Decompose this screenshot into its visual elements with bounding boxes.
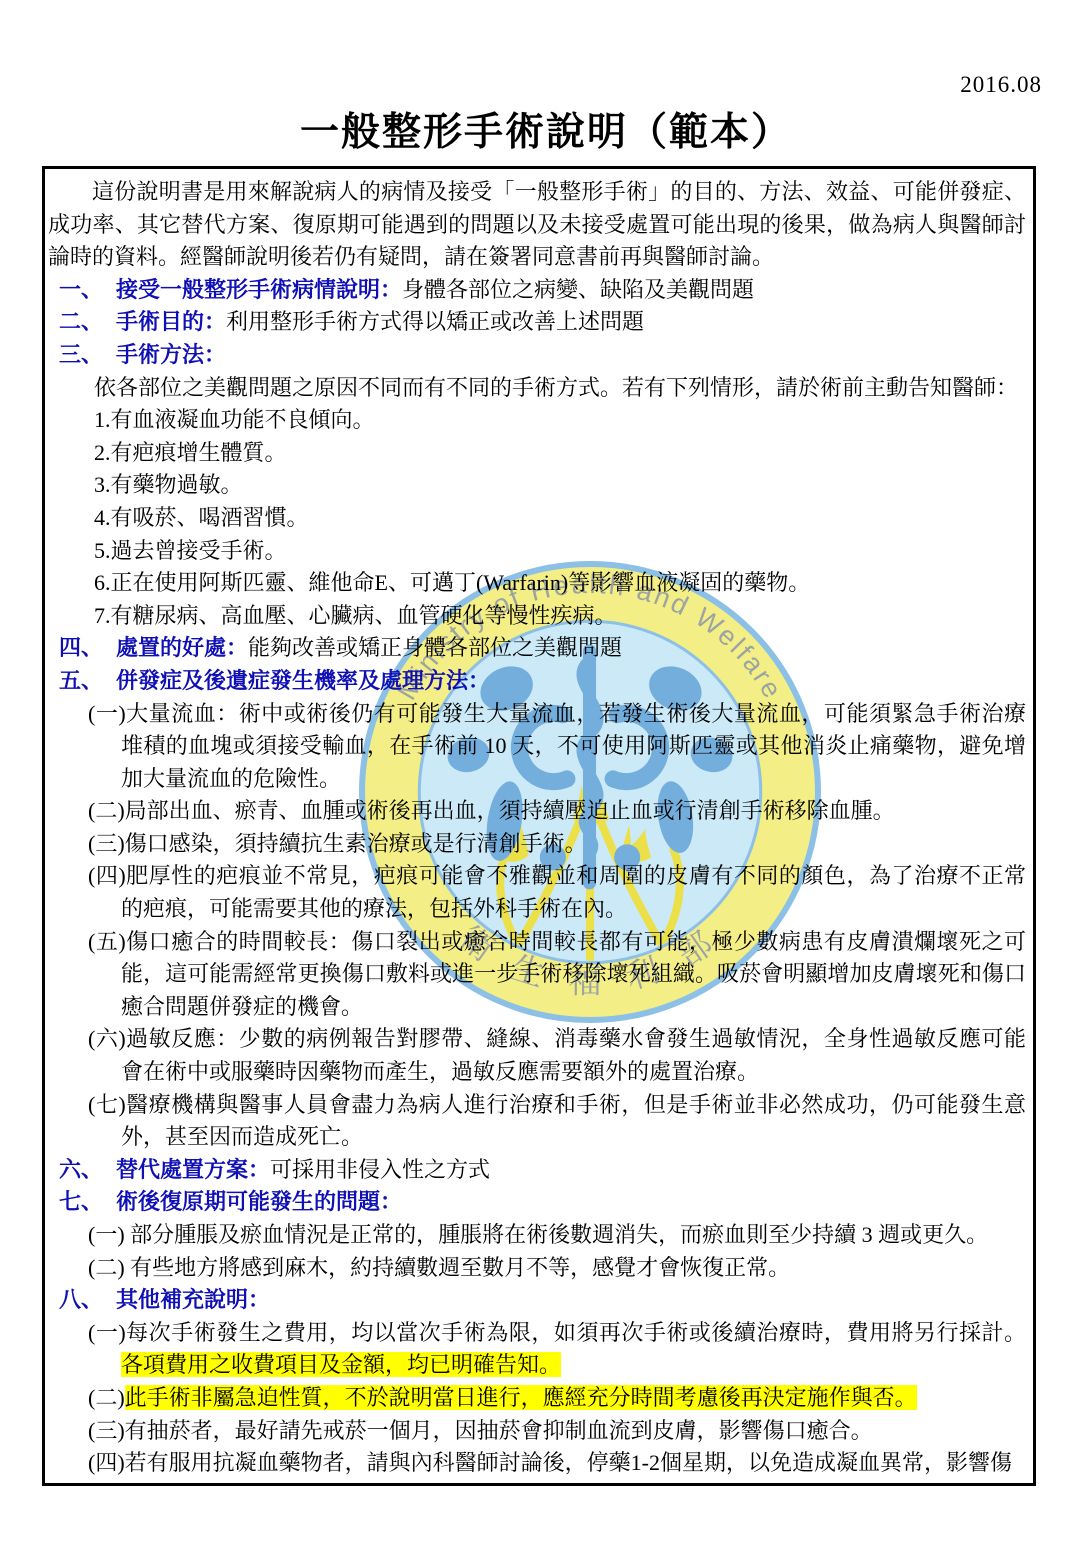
section-number: 六、 — [59, 1157, 103, 1182]
clause-text: (七)醫療機構與醫事人員會盡力為病人進行治療和手術，但是手術並非必然成功，仍可能… — [88, 1092, 1026, 1150]
section-text: 可採用非侵入性之方式 — [270, 1157, 490, 1182]
clause-item: (七)醫療機構與醫事人員會盡力為病人進行治療和手術，但是手術並非必然成功，仍可能… — [88, 1089, 1026, 1154]
content-border-box: 這份說明書是用來解說病人的病情及接受「一般整形手術」的目的、方法、效益、可能併發… — [42, 166, 1036, 1486]
clause-text: (四)若有服用抗凝血藥物者，請與內科醫師討論後，停藥1-2個星期，以免造成凝血異… — [88, 1450, 1012, 1475]
highlighted-text: 此手術非屬急迫性質，不於說明當日進行，應經充分時間考慮後再決定施作與否。 — [125, 1385, 917, 1410]
clause-item: (五)傷口癒合的時間較長：傷口裂出或癒合時間較長都有可能，極少數病患有皮膚潰爛壞… — [88, 926, 1026, 1024]
intro-paragraph: 這份說明書是用來解說病人的病情及接受「一般整形手術」的目的、方法、效益、可能併發… — [48, 176, 1026, 274]
clause-text: (五)傷口癒合的時間較長：傷口裂出或癒合時間較長都有可能，極少數病患有皮膚潰爛壞… — [88, 929, 1026, 1019]
clause-text: (二) 有些地方將感到麻木，約持續數週至數月不等，感覺才會恢復正常。 — [88, 1255, 790, 1280]
clause-text: (一)大量流血：術中或術後仍有可能發生大量流血，若發生術後大量流血，可能須緊急手… — [88, 701, 1026, 791]
highlighted-text: 各項費用之收費項目及金額，均已明確告知。 — [121, 1352, 561, 1377]
section-number: 八、 — [59, 1287, 103, 1312]
section-title: 併發症及後遺症發生機率及處理方法： — [116, 668, 490, 693]
list-item: 5.過去曾接受手術。 — [94, 535, 1026, 568]
revision-date: 2016.08 — [960, 72, 1042, 98]
list-item: 7.有糖尿病、高血壓、心臟病、血管硬化等慢性疾病。 — [94, 600, 1026, 633]
clause-text: (三)傷口感染，須持續抗生素治療或是行清創手術。 — [88, 831, 587, 856]
clause-item: (一)大量流血：術中或術後仍有可能發生大量流血，若發生術後大量流血，可能須緊急手… — [88, 698, 1026, 796]
section-number: 一、 — [59, 277, 103, 302]
section-heading: 三、手術方法： — [59, 339, 1026, 372]
clause-text: (六)過敏反應：少數的病例報告對膠帶、縫線、消毒藥水會發生過敏情況，全身性過敏反… — [88, 1026, 1026, 1084]
clause-item: (六)過敏反應：少數的病例報告對膠帶、縫線、消毒藥水會發生過敏情況，全身性過敏反… — [88, 1023, 1026, 1088]
clause-text: (一)每次手術發生之費用，均以當次手術為限，如須再次手術或後續治療時，費用將另行… — [88, 1320, 1026, 1345]
list-item: 3.有藥物過敏。 — [94, 469, 1026, 502]
section-number: 三、 — [59, 342, 103, 367]
section-title: 手術方法： — [116, 342, 226, 367]
clause-item: (一) 部分腫脹及瘀血情況是正常的，腫脹將在術後數週消失，而瘀血則至少持續 3 … — [88, 1219, 1026, 1252]
clause-text: (二)局部出血、瘀青、血腫或術後再出血，須持續壓迫止血或行清創手術移除血腫。 — [88, 798, 895, 823]
list-item: 6.正在使用阿斯匹靈、維他命E、可邁丁(Warfarin)等影響血液凝固的藥物。 — [94, 567, 1026, 600]
list-item: 依各部位之美觀問題之原因不同而有不同的手術方式。若有下列情形，請於術前主動告知醫… — [94, 372, 1026, 405]
clause-item: (四)肥厚性的疤痕並不常見，疤痕可能會不雅觀並和周圍的皮膚有不同的顏色，為了治療… — [88, 860, 1026, 925]
list-item: 1.有血液凝血功能不良傾向。 — [94, 404, 1026, 437]
clause-item: (一)每次手術發生之費用，均以當次手術為限，如須再次手術或後續治療時，費用將另行… — [88, 1317, 1026, 1382]
section-heading: 五、併發症及後遺症發生機率及處理方法： — [59, 665, 1026, 698]
section-text: 身體各部位之病變、缺陷及美觀問題 — [402, 277, 754, 302]
section-heading: 四、處置的好處：能夠改善或矯正身體各部位之美觀問題 — [59, 632, 1026, 665]
section-number: 二、 — [59, 309, 103, 334]
section-number: 七、 — [59, 1189, 103, 1214]
document-body: 這份說明書是用來解說病人的病情及接受「一般整形手術」的目的、方法、效益、可能併發… — [45, 169, 1033, 1483]
section-title: 其他補充說明： — [116, 1287, 270, 1312]
section-title: 替代處置方案： — [116, 1157, 270, 1182]
section-number: 五、 — [59, 668, 103, 693]
section-title: 接受一般整形手術病情說明： — [116, 277, 402, 302]
document-page: { "page": { "date": "2016.08", "title": … — [0, 0, 1092, 1544]
clause-text: (一) 部分腫脹及瘀血情況是正常的，腫脹將在術後數週消失，而瘀血則至少持續 3 … — [88, 1222, 988, 1247]
list-item: 2.有疤痕增生體質。 — [94, 437, 1026, 470]
section-title: 術後復原期可能發生的問題： — [116, 1189, 402, 1214]
section-heading: 八、其他補充說明： — [59, 1284, 1026, 1317]
section-text: 利用整形手術方式得以矯正或改善上述問題 — [226, 309, 644, 334]
clause-text: (三)有抽菸者，最好請先戒菸一個月，因抽菸會抑制血流到皮膚，影響傷口癒合。 — [88, 1418, 873, 1443]
clause-item: (三)有抽菸者，最好請先戒菸一個月，因抽菸會抑制血流到皮膚，影響傷口癒合。 — [88, 1415, 1026, 1448]
clause-text: (二) — [88, 1385, 125, 1410]
list-item: 4.有吸菸、喝酒習慣。 — [94, 502, 1026, 535]
section-number: 四、 — [59, 635, 103, 660]
section-heading: 七、術後復原期可能發生的問題： — [59, 1186, 1026, 1219]
section-heading: 二、手術目的：利用整形手術方式得以矯正或改善上述問題 — [59, 306, 1026, 339]
section-title: 手術目的： — [116, 309, 226, 334]
section-heading: 一、接受一般整形手術病情說明：身體各部位之病變、缺陷及美觀問題 — [59, 274, 1026, 307]
section-title: 處置的好處： — [116, 635, 248, 660]
clause-item: (三)傷口感染，須持續抗生素治療或是行清創手術。 — [88, 828, 1026, 861]
section-heading: 六、替代處置方案：可採用非侵入性之方式 — [59, 1154, 1026, 1187]
clause-text: (四)肥厚性的疤痕並不常見，疤痕可能會不雅觀並和周圍的皮膚有不同的顏色，為了治療… — [88, 863, 1026, 921]
clause-item: (二)此手術非屬急迫性質，不於說明當日進行，應經充分時間考慮後再決定施作與否。 — [88, 1382, 1026, 1415]
clause-item: (二) 有些地方將感到麻木，約持續數週至數月不等，感覺才會恢復正常。 — [88, 1252, 1026, 1285]
section-text: 能夠改善或矯正身體各部位之美觀問題 — [248, 635, 622, 660]
clause-item: (二)局部出血、瘀青、血腫或術後再出血，須持續壓迫止血或行清創手術移除血腫。 — [88, 795, 1026, 828]
clause-item: (四)若有服用抗凝血藥物者，請與內科醫師討論後，停藥1-2個星期，以免造成凝血異… — [88, 1447, 1026, 1480]
page-title: 一般整形手術說明（範本） — [0, 101, 1092, 157]
